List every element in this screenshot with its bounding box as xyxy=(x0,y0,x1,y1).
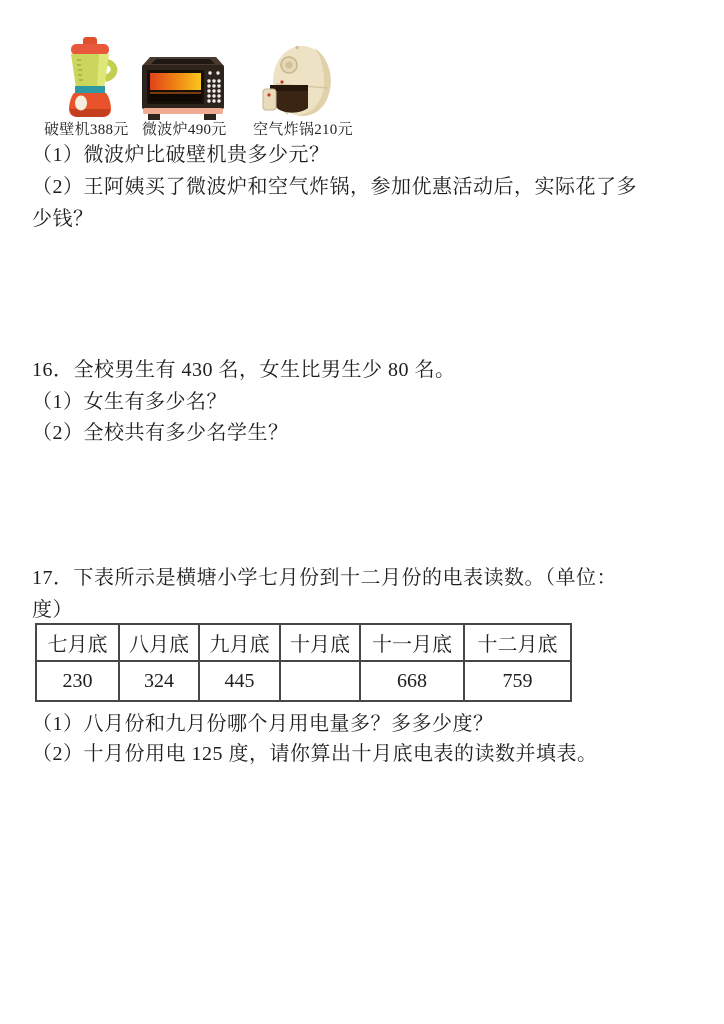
problem16-q2: （2）全校共有多少名学生？ xyxy=(32,419,289,447)
microwave-price-label: 微波炉490元 xyxy=(142,118,227,139)
meter-table-value-cell: 759 xyxy=(464,661,571,701)
meter-table-empty-cell xyxy=(280,661,360,701)
problem16-stem: 16．全校男生有 430 名，女生比男生少 80 名。 xyxy=(32,356,456,384)
problem17-stem-line2: 度） xyxy=(32,596,73,624)
meter-reading-table: 七月底八月底九月底十月底十一月底十二月底 230324445668759 xyxy=(35,623,572,702)
meter-table-header-row: 七月底八月底九月底十月底十一月底十二月底 xyxy=(36,624,571,661)
meter-table-value-cell: 324 xyxy=(119,661,199,701)
airfryer-price-label: 空气炸锅210元 xyxy=(253,118,353,139)
meter-table-header-cell: 九月底 xyxy=(199,624,280,661)
meter-table-header-cell: 十二月底 xyxy=(464,624,571,661)
air-fryer-icon xyxy=(262,44,332,118)
meter-table-value-cell: 445 xyxy=(199,661,280,701)
meter-table-header-cell: 十月底 xyxy=(280,624,360,661)
meter-table-header-cell: 七月底 xyxy=(36,624,119,661)
meter-table-header-cell: 八月底 xyxy=(119,624,199,661)
blender-icon xyxy=(57,37,123,117)
worksheet-page: 破壁机388元 微波炉490元 空气炸锅210元 （1）微波炉比破壁机贵多少元？… xyxy=(0,0,724,1024)
appliance-q2-line1: （2）王阿姨买了微波炉和空气炸锅，参加优惠活动后，实际花了多 xyxy=(32,173,637,201)
blender-price-label: 破壁机388元 xyxy=(44,118,129,139)
problem17-q1: （1）八月份和九月份哪个月用电量多？多多少度？ xyxy=(32,710,494,738)
appliance-q2-line2: 少钱？ xyxy=(32,205,94,233)
problem16-q1: （1）女生有多少名？ xyxy=(32,388,227,416)
meter-table-header-cell: 十一月底 xyxy=(360,624,464,661)
meter-table-value-cell: 668 xyxy=(360,661,464,701)
problem17-q2: （2）十月份用电 125 度，请你算出十月底电表的读数并填表。 xyxy=(32,740,598,768)
microwave-icon xyxy=(140,54,226,120)
problem17-stem-line1: 17．下表所示是横塘小学七月份到十二月份的电表读数。（单位： xyxy=(32,564,617,592)
meter-table-value-row: 230324445668759 xyxy=(36,661,571,701)
appliance-q1: （1）微波炉比破壁机贵多少元？ xyxy=(32,141,330,169)
meter-table-value-cell: 230 xyxy=(36,661,119,701)
